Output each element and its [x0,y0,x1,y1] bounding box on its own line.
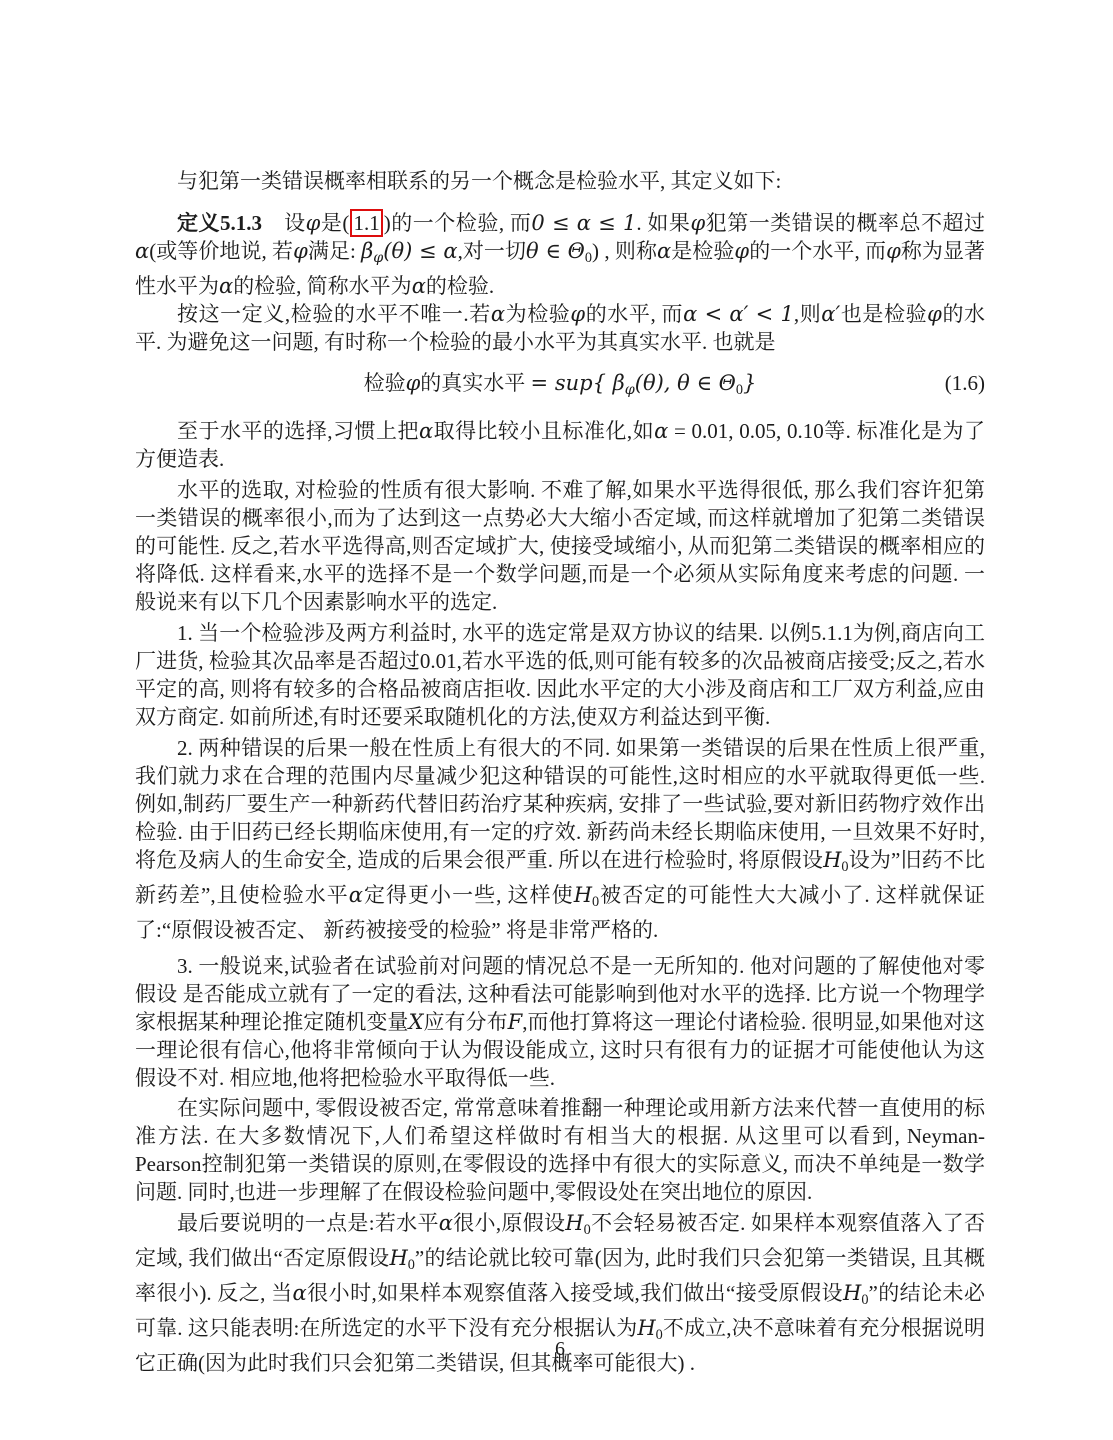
math-symbol: φ [690,211,705,235]
math-symbol: α [491,302,505,326]
math-symbol: = sup{ β [531,371,625,395]
math-symbol: α [657,239,671,263]
equation-1-6: 检验φ的真实水平 = sup{ βφ(θ), θ ∈ Θ0} (1.6) [135,369,985,404]
text-run: )的一个检验, 而 [384,211,532,235]
text-run: 也是检验 [840,302,927,326]
text-run: 最后要说明的一点是:若水平 [177,1211,439,1235]
math-symbol: H [574,883,592,907]
math-symbol: α [654,419,668,443]
text-run: 定得更小一些, 这样使 [363,883,574,907]
text-run: 至于水平的选择,习惯上把 [177,419,419,443]
text-content: 与犯第一类错误概率相联系的另一个概念是检验水平, 其定义如下: 定义5.1.3 … [135,167,985,1377]
text-run: 的检验, 简称水平为 [233,274,412,298]
factor-2-paragraph: 2. 两种错误的后果一般在性质上有很大的不同. 如果第一类错误的后果在性质上很严… [135,734,985,944]
text-run: 犯第一类错误的概率总不超过 [705,211,985,235]
math-symbol: H [637,1316,655,1340]
level-influence-paragraph: 水平的选取, 对检验的性质有很大影响. 不难了解,如果水平选得很低, 那么我们容… [135,476,985,616]
text-run: 很小,原假设 [453,1211,565,1235]
math-symbol: α′ [821,302,840,326]
math-symbol: α [219,274,233,298]
factor-1-paragraph: 1. 当一个检验涉及两方利益时, 水平的选定常是双方协议的结果. 以例5.1.1… [135,619,985,731]
equation-formula: 检验φ的真实水平 = sup{ βφ(θ), θ ∈ Θ0} [230,369,890,404]
text-run: 与犯第一类错误概率相联系的另一个概念是检验水平, 其定义如下: [177,169,781,193]
math-symbol: φ [886,239,901,263]
math-symbol: φ [306,211,321,235]
math-symbol: H [843,1281,861,1305]
math-symbol: α [439,1211,453,1235]
math-symbol: α [293,1281,307,1305]
text-run: 的一个水平, 而 [749,239,886,263]
equation-number: (1.6) [890,369,985,397]
math-symbol: 0 [841,859,848,875]
text-run: 1. 当一个检验涉及两方利益时, 水平的选定常是双方协议的结果. 以例5.1.1… [135,621,985,729]
factor-3-paragraph: 3. 一般说来,试验者在试验前对问题的情况总不是一无所知的. 他对问题的了解使他… [135,952,985,1092]
math-symbol: α [349,883,363,907]
text-run: . 如果 [636,211,690,235]
math-symbol: φ [927,302,942,326]
intro-paragraph: 与犯第一类错误概率相联系的另一个概念是检验水平, 其定义如下: [135,167,985,195]
math-symbol: 0 [585,250,592,266]
math-symbol: (θ), θ ∈ Θ [635,371,736,395]
text-run: 在实际问题中, 零假设被否定, 常常意味着推翻一种理论或用新方法来代替一直使用的… [135,1096,985,1204]
text-run: ,对一切 [458,239,526,263]
math-symbol: α [412,274,426,298]
math-symbol: φ [373,250,383,266]
math-symbol: H [565,1211,583,1235]
text-run: 设 [262,211,306,235]
math-symbol: 0 ≤ α ≤ 1 [531,211,636,235]
text-run: 的水平, 而 [585,302,683,326]
null-hypothesis-paragraph: 在实际问题中, 零假设被否定, 常常意味着推翻一种理论或用新方法来代替一直使用的… [135,1094,985,1206]
text-run: (或等价地说, 若 [149,239,293,263]
text-run: 按这一定义,检验的水平不唯一.若 [177,302,491,326]
math-symbol: 0 [584,1222,591,1238]
true-level-paragraph: 按这一定义,检验的水平不唯一.若α为检验φ的水平, 而α < α′ < 1,则α… [135,300,985,356]
text-run: 的检验. [426,274,494,298]
math-symbol: } [743,371,756,395]
text-run: 取得比较小且标准化,如 [433,419,654,443]
definition-5-1-3-paragraph: 定义5.1.3 设φ是(1.1)的一个检验, 而0 ≤ α ≤ 1. 如果φ犯第… [135,209,985,300]
text-run: 为检验 [505,302,570,326]
math-symbol: α [419,419,433,443]
math-symbol: θ ∈ Θ [526,239,585,263]
text-run: 是( [320,211,349,235]
math-symbol: φ [570,302,585,326]
math-symbol: α < α′ < 1 [683,302,794,326]
math-symbol: φ [734,239,749,263]
ref-link-1-1[interactable]: 1.1 [350,209,382,237]
document-page: 与犯第一类错误概率相联系的另一个概念是检验水平, 其定义如下: 定义5.1.3 … [0,0,1113,1440]
text-run: 是检验 [671,239,734,263]
math-symbol: 0 [408,1257,415,1273]
math-symbol: φ [625,382,635,398]
text-run: 检验 [364,371,406,395]
math-symbol: H [823,848,841,872]
text-run: 很小时,如果样本观察值落入接受域,我们做出“接受原假设 [307,1281,843,1305]
text-run: 应有分布 [423,1010,507,1034]
text-run: 的真实水平 [420,371,530,395]
page-number: 6 [135,1338,985,1361]
text-run: 水平的选取, 对检验的性质有很大影响. 不难了解,如果水平选得很低, 那么我们容… [135,478,985,614]
level-choice-paragraph: 至于水平的选择,习惯上把α取得比较小且标准化,如α = 0.01, 0.05, … [135,417,985,473]
math-symbol: 0 [736,382,743,398]
text-run: ,则 [794,302,821,326]
math-symbol: β [361,239,373,263]
text-run: ) , 则称 [592,239,657,263]
math-symbol: α [135,239,149,263]
definition-number: 定义5.1.3 [177,211,262,235]
math-symbol: φ [406,371,421,395]
math-symbol: (θ) ≤ α [383,239,457,263]
math-symbol: H [389,1246,407,1270]
text-run: 满足: [308,239,361,263]
math-symbol: X [408,1010,423,1034]
math-symbol: φ [293,239,308,263]
math-symbol: F [508,1010,523,1034]
